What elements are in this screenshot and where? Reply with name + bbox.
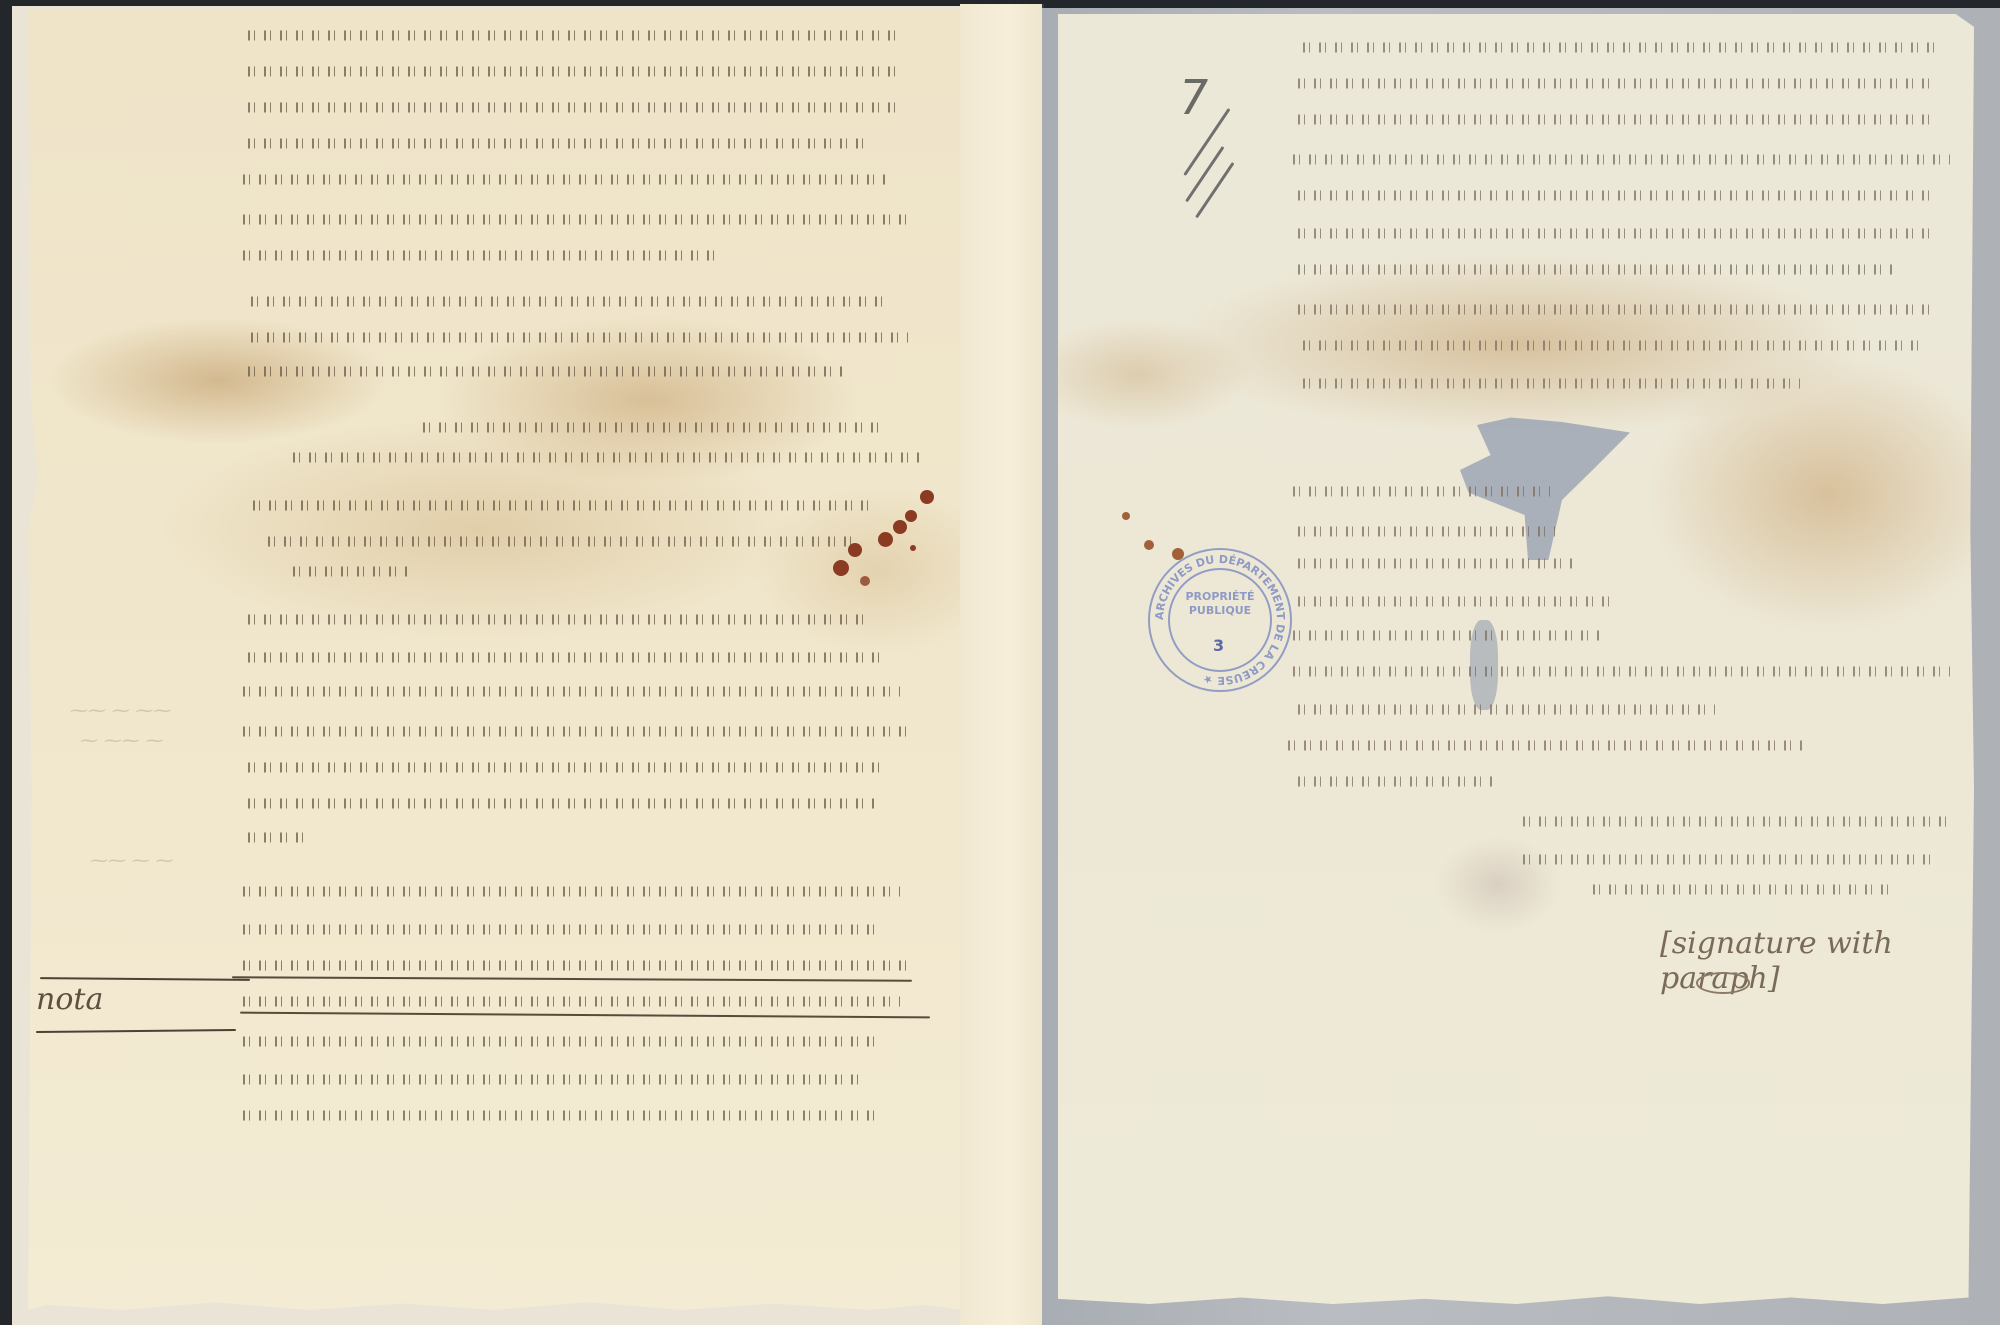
manuscript-line	[240, 168, 885, 190]
manuscript-line	[1295, 108, 1935, 130]
ink-blot	[893, 520, 907, 534]
card-divider-strip	[960, 4, 1044, 1325]
manuscript-line	[1295, 698, 1715, 720]
manuscript-line	[1295, 222, 1935, 244]
manuscript-line	[1295, 258, 1895, 280]
ink-blot	[910, 545, 916, 551]
manuscript-line	[1290, 148, 1950, 170]
svg-text:ARCHIVES DU DÉPARTEMENT DE LA: ARCHIVES DU DÉPARTEMENT DE LA CREUSE ★	[1153, 553, 1287, 687]
manuscript-line	[1300, 372, 1800, 394]
manuscript-line	[250, 494, 870, 516]
ink-blot	[860, 576, 870, 586]
manuscript-line	[1590, 878, 1890, 900]
manuscript-line	[240, 680, 900, 702]
manuscript-line	[1290, 660, 1950, 682]
manuscript-line	[248, 290, 888, 312]
manuscript-line	[1295, 590, 1615, 612]
manuscript-line	[240, 1068, 860, 1090]
manuscript-line	[1295, 552, 1575, 574]
manuscript-line	[240, 880, 900, 902]
manuscript-line	[290, 560, 410, 582]
manuscript-line	[240, 918, 880, 940]
manuscript-line	[245, 826, 305, 848]
manuscript-line	[240, 954, 910, 976]
manuscript-line	[290, 446, 920, 468]
ink-blot	[833, 560, 849, 576]
stamp-ring-text: ARCHIVES DU DÉPARTEMENT DE LA CREUSE ★	[1150, 550, 1290, 690]
manuscript-line	[1290, 624, 1600, 646]
ink-spot	[1144, 540, 1154, 550]
manuscript-line	[248, 326, 908, 348]
manuscript-line	[240, 244, 720, 266]
manuscript-line	[1295, 184, 1935, 206]
manuscript-line	[1285, 734, 1805, 756]
manuscript-line	[245, 646, 885, 668]
manuscript-line	[245, 756, 885, 778]
manuscript-line	[265, 530, 855, 552]
manuscript-line	[240, 990, 900, 1012]
archive-stamp: ARCHIVES DU DÉPARTEMENT DE LA CREUSE ★ P…	[1148, 548, 1292, 692]
manuscript-line	[1300, 36, 1940, 58]
stamp-number: 3	[1213, 636, 1224, 655]
manuscript-line	[245, 792, 875, 814]
signature-paraph	[1696, 972, 1750, 994]
manuscript-line	[1300, 334, 1920, 356]
manuscript-line	[1295, 520, 1555, 542]
ink-blot	[920, 490, 934, 504]
manuscript-line	[245, 96, 895, 118]
manuscript-line	[240, 720, 910, 742]
manuscript-line	[245, 60, 900, 82]
bleed-through-text: ⁓⁓ ⁓ ⁓	[90, 850, 173, 871]
manuscript-line	[1290, 480, 1550, 502]
manuscript-line	[245, 608, 865, 630]
manuscript-line	[240, 1104, 880, 1126]
bleed-through-text: ⁓ ⁓⁓ ⁓	[80, 730, 163, 751]
manuscript-line	[1295, 770, 1495, 792]
bleed-through-text: ⁓⁓ ⁓ ⁓⁓	[70, 700, 171, 721]
ink-blot	[878, 532, 893, 547]
manuscript-line	[1295, 72, 1935, 94]
margin-note-nota: nota	[36, 982, 103, 1017]
manuscript-line	[245, 24, 895, 46]
ink-blot	[848, 543, 862, 557]
ink-blot	[905, 510, 917, 522]
manuscript-line	[245, 360, 845, 382]
manuscript-line	[245, 132, 865, 154]
manuscript-line	[240, 1030, 880, 1052]
manuscript-line	[420, 416, 880, 438]
manuscript-line	[1520, 848, 1930, 870]
manuscript-line	[1520, 810, 1950, 832]
ink-spot	[1122, 512, 1130, 520]
stamp-center-text: PROPRIÉTÉ PUBLIQUE	[1150, 590, 1290, 618]
manuscript-line	[240, 208, 910, 230]
manuscript-line	[1295, 298, 1935, 320]
